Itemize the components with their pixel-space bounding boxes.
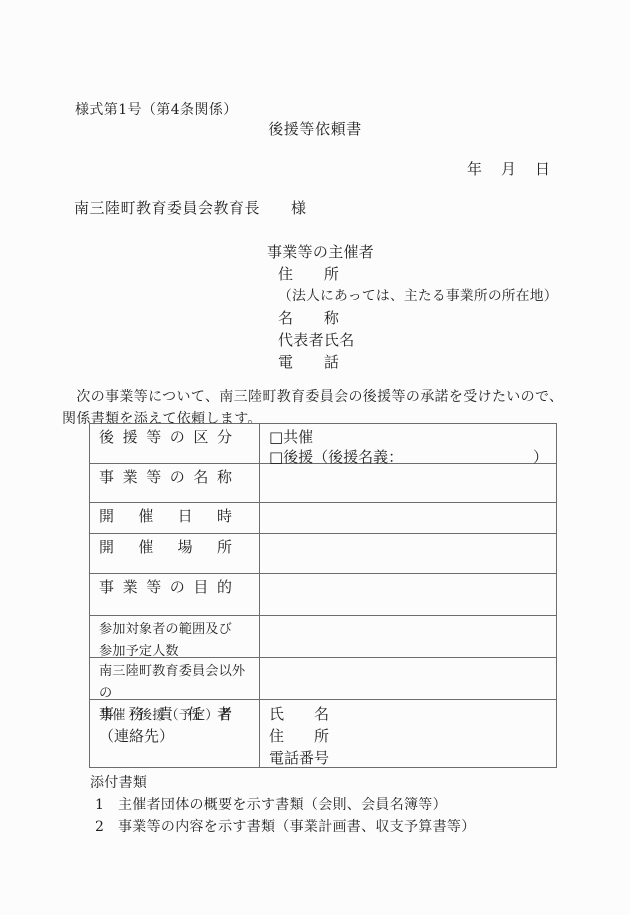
project-purpose-label: 事 業 等 の 目 的 <box>99 577 255 597</box>
event-place-label: 開 催 場 所 <box>99 537 255 557</box>
page-title: 後援等依頼書 <box>0 118 630 139</box>
attachment-item-1-number: 1 <box>95 794 118 816</box>
corporate-address-note: （法人にあっては、主たる事業所の所在地） <box>267 285 558 307</box>
contact-person-label: 事 務 責 任 者 <box>99 703 255 725</box>
project-purpose-label-cell: 事 業 等 の 目 的 <box>90 574 260 616</box>
organizer-heading: 事業等の主催者 <box>267 241 558 263</box>
event-place-label-cell: 開 催 場 所 <box>90 534 260 574</box>
contact-phone-label: 電話番号 <box>269 747 548 769</box>
recipient-line: 南三陸町教育委員会教育長 様 <box>74 197 307 218</box>
project-name-value-cell <box>260 464 557 503</box>
contact-person-label-cell: 事 務 責 任 者 （連絡先） <box>90 700 260 768</box>
attachments-block: 添付書類 1 主催者団体の概要を示す書類（会則、会員名簿等） 2 事業等の内容を… <box>90 772 476 838</box>
attachment-item-2-text: 事業等の内容を示す書類（事業計画書、収支予算書等） <box>118 816 476 838</box>
representative-name-label: 代表者氏名 <box>267 329 558 351</box>
participants-label-line-1: 参加対象者の範囲及び <box>99 619 255 641</box>
project-name-label: 事 業 等 の 名 称 <box>99 467 255 487</box>
support-category-label-cell: 後 援 等 の 区 分 <box>90 424 260 464</box>
request-line-1: 次の事業等について、南三陸町教育委員会の後援等の承諾を受けたいので、 <box>62 386 563 408</box>
project-name-label-cell: 事 業 等 の 名 称 <box>90 464 260 503</box>
application-table: 後 援 等 の 区 分 □共催 □後援（後援名義： ） 事 業 等 の 名 称 … <box>89 423 557 768</box>
event-datetime-label: 開 催 日 時 <box>99 506 255 526</box>
event-datetime-value-cell <box>260 503 557 534</box>
contact-name-label: 氏 名 <box>269 703 548 725</box>
contact-person-label-line-2: （連絡先） <box>99 725 255 747</box>
address-label: 住 所 <box>267 263 558 285</box>
event-datetime-label-cell: 開 催 日 時 <box>90 503 260 534</box>
other-sponsors-value-cell <box>260 658 557 700</box>
cosponsor-checkbox-option: □共催 <box>269 427 548 447</box>
attachment-item-2: 2 事業等の内容を示す書類（事業計画書、収支予算書等） <box>90 816 476 838</box>
form-number: 様式第1号（第4条関係） <box>75 99 238 119</box>
event-place-value-cell <box>260 534 557 574</box>
attachment-item-1: 1 主催者団体の概要を示す書類（会則、会員名簿等） <box>90 794 476 816</box>
date-line: 年 月 日 <box>467 158 552 179</box>
other-sponsors-label-line-1: 南三陸町教育委員会以外の <box>99 661 255 705</box>
project-purpose-value-cell <box>260 574 557 616</box>
contact-person-value-cell: 氏 名 住 所 電話番号 <box>260 700 557 768</box>
participants-label-cell: 参加対象者の範囲及び 参加予定人数 <box>90 616 260 658</box>
attachment-item-2-number: 2 <box>95 816 118 838</box>
attachment-item-1-text: 主催者団体の概要を示す書類（会則、会員名簿等） <box>118 794 447 816</box>
phone-label: 電 話 <box>267 351 558 373</box>
support-category-value-cell: □共催 □後援（後援名義： ） <box>260 424 557 464</box>
participants-value-cell <box>260 616 557 658</box>
other-sponsors-label-cell: 南三陸町教育委員会以外の 共催・後援（予定）者 <box>90 658 260 700</box>
sponsorship-request-form-page: 様式第1号（第4条関係） 後援等依頼書 年 月 日 南三陸町教育委員会教育長 様… <box>0 0 630 915</box>
name-label: 名 称 <box>267 307 558 329</box>
contact-address-label: 住 所 <box>269 725 548 747</box>
organizer-block: 事業等の主催者 住 所 （法人にあっては、主たる事業所の所在地） 名 称 代表者… <box>267 241 558 373</box>
support-category-label: 後 援 等 の 区 分 <box>99 427 255 447</box>
attachments-heading: 添付書類 <box>90 772 476 794</box>
